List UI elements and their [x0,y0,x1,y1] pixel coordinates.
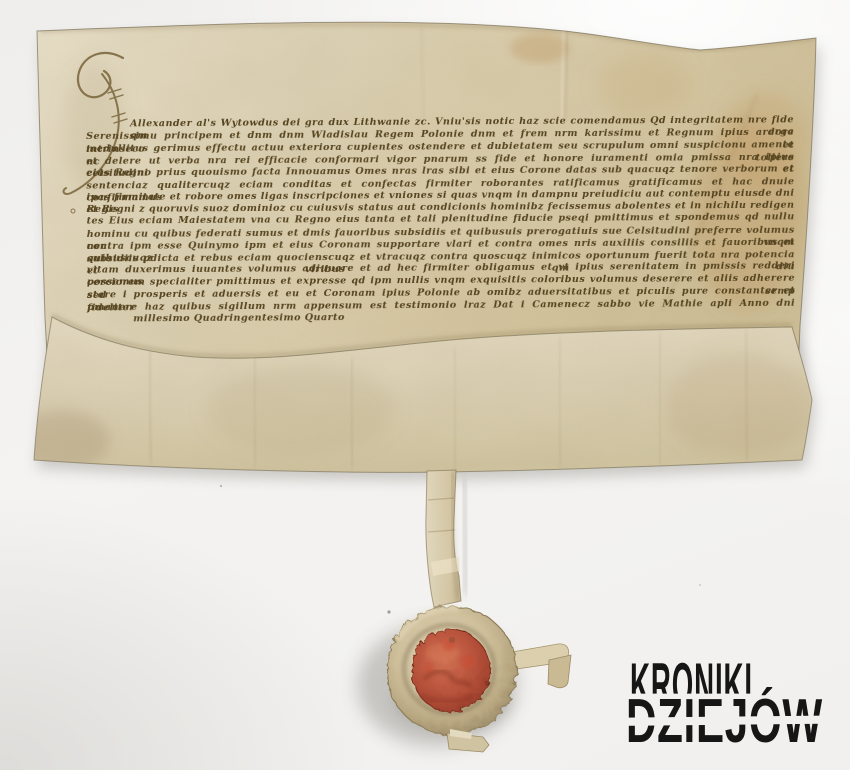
tag-shadow [463,480,467,595]
wax-seal [357,605,571,752]
charter-photo: Allexander al's Wytowdus dei gra dux Lit… [0,0,850,770]
seal-strip-right [512,644,571,688]
manuscript-text-block: Allexander al's Wytowdus dei gra dux Lit… [86,115,795,326]
watermark-dziejow: DZIEJÓW DZIEJÓW [626,685,850,761]
